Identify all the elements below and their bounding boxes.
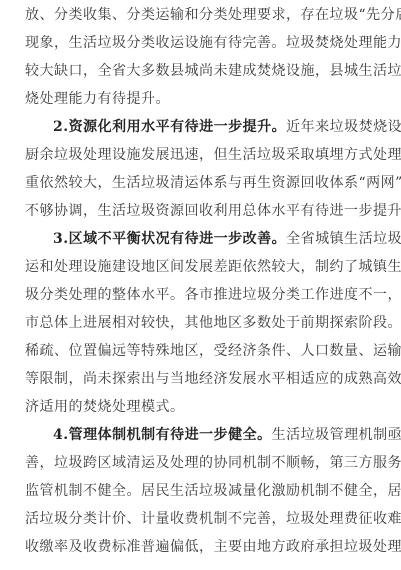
- text-line: 厨余垃圾处理设施发展迅速，但生活垃圾采取填埋方式处理的比: [25, 141, 379, 169]
- document-page: 放、分类收集、分类运输和分类处理要求，存在垃圾“先分后混” 现象，生活垃圾分类收…: [0, 0, 401, 570]
- text-line: 济适用的焚烧处理模式。: [25, 393, 379, 421]
- text-line: 现象，生活垃圾分类收运设施有待完善。垃圾焚烧处理能力仍有: [25, 29, 379, 57]
- text-line: 稀疏、位置偏远等特殊地区，受经济条件、人口数量、运输条件: [25, 337, 379, 365]
- text-line: 监管机制不健全。居民生活垃圾减量化激励机制不健全，居民生: [25, 477, 379, 505]
- section-heading-4: 4.管理体制机制有待进一步健全。: [53, 427, 272, 443]
- section-heading-3: 3.区域不平衡状况有待进一步改善。: [53, 231, 286, 247]
- text-line: 放、分类收集、分类运输和分类处理要求，存在垃圾“先分后混”: [25, 1, 379, 29]
- text-line: 较大缺口，全省大多数县城尚未建成焚烧设施，县城生活垃圾焚: [25, 57, 379, 85]
- text-line: 收缴率及收费标准普遍偏低，主要由地方政府承担垃圾处理的成: [25, 533, 379, 561]
- section-3-text: 全省城镇生活垃圾收转: [286, 231, 401, 247]
- section-4-first-line: 4.管理体制机制有待进一步健全。生活垃圾管理机制亟待完: [53, 421, 379, 449]
- text-line: 烧处理能力有待提升。: [25, 85, 379, 113]
- text-line: 不够协调，生活垃圾资源回收利用总体水平有待进一步提升。: [25, 197, 379, 225]
- text-line: 圾分类处理的整体水平。各市推进垃圾分类工作进度不一，太原: [25, 281, 379, 309]
- text-line: 运和处理设施建设地区间发展差距依然较大，制约了城镇生活垃: [25, 253, 379, 281]
- text-line: 重依然较大，生活垃圾清运体系与再生资源回收体系“两网”发展: [25, 169, 379, 197]
- section-heading-2: 2.资源化利用水平有待进一步提升。: [53, 119, 286, 135]
- section-4-text: 生活垃圾管理机制亟待完: [272, 427, 401, 443]
- text-line: 等限制，尚未探索出与当地经济发展水平相适应的成熟高效、经: [25, 365, 379, 393]
- section-3-first-line: 3.区域不平衡状况有待进一步改善。全省城镇生活垃圾收转: [53, 225, 379, 253]
- section-2-text: 近年来垃圾焚烧设施、: [286, 119, 401, 135]
- text-line: 市总体上进展相对较快，其他地区多数处于前期探索阶段。人口: [25, 309, 379, 337]
- section-2-first-line: 2.资源化利用水平有待进一步提升。近年来垃圾焚烧设施、: [53, 113, 379, 141]
- text-line: 善，垃圾跨区域清运及处理的协同机制不顺畅，第三方服务市场: [25, 449, 379, 477]
- text-line: 活垃圾分类计价、计量收费机制不完善，垃圾处理费征收难度大，: [25, 505, 379, 533]
